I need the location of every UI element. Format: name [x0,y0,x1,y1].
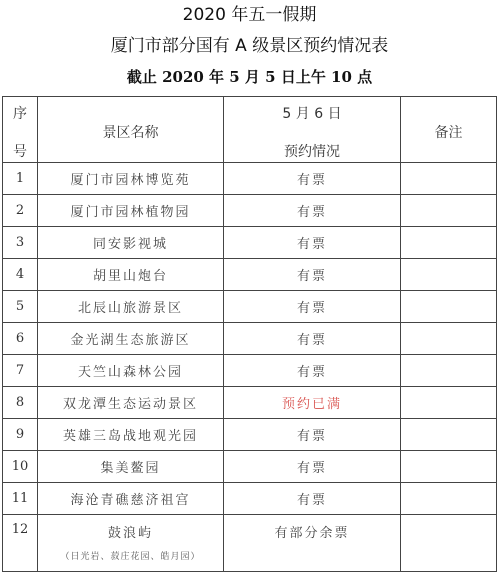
row-scenic-name: 金光湖生态旅游区 [38,323,224,355]
row-note [401,323,497,355]
row-no: 2 [3,195,38,227]
table-row: 9 英雄三岛战地观光园 有票 [3,419,497,451]
row-no: 7 [3,355,38,387]
row-status: 有票 [224,291,401,323]
row-note [401,355,497,387]
row-note [401,259,497,291]
row-note [401,387,497,419]
row-status: 有票 [224,419,401,451]
row-status: 有票 [224,163,401,195]
row-scenic-name: 胡里山炮台 [38,259,224,291]
row-note [401,227,497,259]
row-no: 10 [3,451,38,483]
header-status: 5 月 6 日 预约情况 [224,97,401,163]
row-no: 3 [3,227,38,259]
table-row: 2 厦门市园林植物园 有票 [3,195,497,227]
header-name: 景区名称 [38,97,224,163]
row-status: 有票 [224,227,401,259]
row-scenic-name: 北辰山旅游景区 [38,291,224,323]
row-note [401,419,497,451]
row-no: 8 [3,387,38,419]
table-row: 6 金光湖生态旅游区 有票 [3,323,497,355]
table-row: 11 海沧青礁慈济祖宫 有票 [3,483,497,515]
table-row: 12 鼓浪屿 （日光岩、菽庄花园、皓月园） 有部分余票 [3,515,497,572]
row-scenic-name: 天竺山森林公园 [38,355,224,387]
table-row: 5 北辰山旅游景区 有票 [3,291,497,323]
row-no: 11 [3,483,38,515]
row-scenic-name: 海沧青礁慈济祖宫 [38,483,224,515]
row-note [401,291,497,323]
row-no: 9 [3,419,38,451]
row-note [401,515,497,572]
row-no: 4 [3,259,38,291]
row-note [401,483,497,515]
row-no: 1 [3,163,38,195]
header-no-line1: 序 [3,103,37,123]
header-no-line2: 号 [3,141,37,161]
row-no: 12 [3,515,38,572]
row-no: 6 [3,323,38,355]
row-status: 有票 [224,483,401,515]
reservation-table: 序 号 景区名称 5 月 6 日 预约情况 备注 1 厦门市园林博览苑 有票 [2,96,497,572]
row-scenic-name: 同安影视城 [38,227,224,259]
row-status: 有部分余票 [224,515,401,572]
table-row: 1 厦门市园林博览苑 有票 [3,163,497,195]
header-no: 序 号 [3,97,38,163]
row-scenic-name: 厦门市园林博览苑 [38,163,224,195]
document-title-line2: 厦门市部分国有 A 级景区预约情况表 [0,33,499,59]
document-subtitle-deadline: 截止 2020 年 5 月 5 日上午 10 点 [0,66,499,88]
row-scenic-name: 厦门市园林植物园 [38,195,224,227]
row-scenic-name: 英雄三岛战地观光园 [38,419,224,451]
table-row: 8 双龙潭生态运动景区 预约已满 [3,387,497,419]
table-row: 3 同安影视城 有票 [3,227,497,259]
row-status: 有票 [224,451,401,483]
row-note [401,451,497,483]
row-note [401,195,497,227]
row-status: 有票 [224,195,401,227]
row-scenic-name-sub: （日光岩、菽庄花园、皓月园） [38,549,223,562]
row-scenic-name: 鼓浪屿 [108,526,153,541]
row-status: 有票 [224,355,401,387]
header-status-line1: 5 月 6 日 [224,103,400,123]
table-header-row: 序 号 景区名称 5 月 6 日 预约情况 备注 [3,97,497,163]
row-status: 有票 [224,323,401,355]
table-row: 10 集美鳌园 有票 [3,451,497,483]
row-no: 5 [3,291,38,323]
header-note-label: 备注 [401,118,496,142]
document-title-line1: 2020 年五一假期 [0,2,499,28]
row-scenic-name: 双龙潭生态运动景区 [38,387,224,419]
table-row: 4 胡里山炮台 有票 [3,259,497,291]
header-status-line2: 预约情况 [224,141,400,161]
table-row: 7 天竺山森林公园 有票 [3,355,497,387]
row-status-full: 预约已满 [224,387,401,419]
row-scenic-name-cell: 鼓浪屿 （日光岩、菽庄花园、皓月园） [38,515,224,572]
header-note: 备注 [401,97,497,163]
row-note [401,163,497,195]
row-scenic-name: 集美鳌园 [38,451,224,483]
row-status: 有票 [224,259,401,291]
header-name-label: 景区名称 [38,118,223,142]
